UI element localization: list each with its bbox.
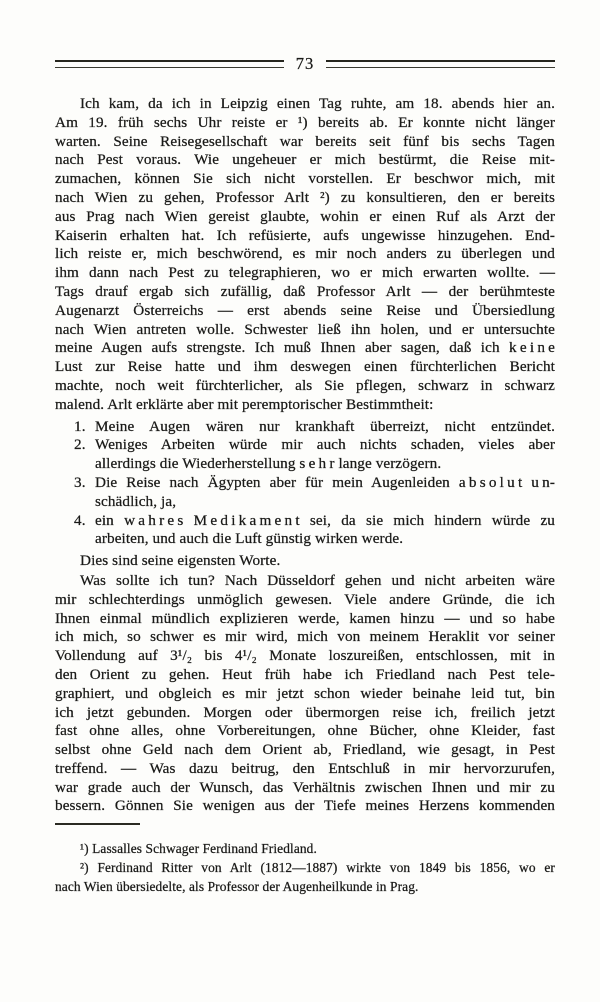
text-line: allerdings die Wiederherstellung s e h r… <box>95 455 555 474</box>
text-line: Lust zur Reise hatte und ihm deswegen ei… <box>55 358 555 377</box>
text-line: Tags drauf ergab sich zufällig, daß Prof… <box>55 283 555 302</box>
footnote: ¹) Lassalles Schwager Ferdinand Friedlan… <box>55 839 555 858</box>
text-line: mir schlechterdings unmöglich gewesen. V… <box>55 591 555 610</box>
text-line: aus Prag nach Wien gereist glaubte, wohi… <box>55 208 555 227</box>
paragraph: Ich kam, da ich in Leipzig einen Tag ruh… <box>55 95 555 415</box>
text-line: Vollendung auf 3¹/₂ bis 4¹/₂ Monate losz… <box>55 647 555 666</box>
text-line: ¹) Lassalles Schwager Ferdinand Friedlan… <box>55 839 555 858</box>
text-block: 73 Ich kam, da ich in Leipzig einen Tag … <box>55 0 555 896</box>
text-line: Am 19. früh sechs Uhr reiste er ¹) berei… <box>55 114 555 133</box>
numbered-list: 1.Meine Augen wären nur krankhaft überre… <box>55 418 555 550</box>
text-line: Augenarzt Österreichs — erst abends sein… <box>55 302 555 321</box>
footnotes: ¹) Lassalles Schwager Ferdinand Friedlan… <box>55 839 555 896</box>
text-line: den Orient zu gehen. Heut früh habe ich … <box>55 666 555 685</box>
header-rule-right <box>326 60 555 68</box>
text-line: Weniges Arbeiten würde mir auch nichts s… <box>95 436 555 455</box>
text-line: selbst ohne Geld nach dem Orient ab, Fri… <box>55 741 555 760</box>
text-line: ich mich, so schwer es mir wird, mich vo… <box>55 628 555 647</box>
list-item: 4.ein w a h r e s M e d i k a m e n t se… <box>55 512 555 550</box>
list-item-number: 2. <box>74 436 86 455</box>
text-line: war grade auch der Wunsch, das Verhältni… <box>55 779 555 798</box>
text-line: nach Wien übersiedelte, als Professor de… <box>55 877 555 896</box>
text-line: schädlich, ja, <box>95 493 555 512</box>
paragraph: Dies sind seine eigensten Worte. <box>55 552 555 571</box>
page-body: Ich kam, da ich in Leipzig einen Tag ruh… <box>55 95 555 816</box>
text-line: ich jetzt gebunden. Morgen oder übermorg… <box>55 704 555 723</box>
list-item: 3.Die Reise nach Ägypten aber für mein A… <box>55 474 555 512</box>
text-line: zumachen, können Sie sich nicht vorstell… <box>55 170 555 189</box>
text-line: machte, noch weit fürchterlicher, als Si… <box>55 377 555 396</box>
text-line: Kaiserin erhalten hat. Ich refüsierte, a… <box>55 227 555 246</box>
text-line: Die Reise nach Ägypten aber für mein Aug… <box>95 474 555 493</box>
book-page: 73 Ich kam, da ich in Leipzig einen Tag … <box>0 0 600 1002</box>
text-line: meine Augen aufs strengste. Ich muß Ihne… <box>55 339 555 358</box>
text-line: malend. Arlt erklärte aber mit peremptor… <box>55 396 555 415</box>
text-line: ihm dann nach Pest zu telegraphieren, wo… <box>55 264 555 283</box>
text-line: ein w a h r e s M e d i k a m e n t sei,… <box>95 512 555 531</box>
text-line: graphiert, und obgleich es mir jetzt sch… <box>55 685 555 704</box>
text-line: Dies sind seine eigensten Worte. <box>55 552 555 571</box>
list-item-number: 1. <box>74 418 86 437</box>
page-header: 73 <box>55 54 555 74</box>
page-number: 73 <box>296 54 315 74</box>
text-line: nach Wien zu gehen, Professor Arlt ²) zu… <box>55 189 555 208</box>
footnote: ²) Ferdinand Ritter von Arlt (1812—1887)… <box>55 858 555 896</box>
text-line: arbeiten, und auch die Luft günstig wirk… <box>95 530 555 549</box>
text-line: nach Wien antreten wolle. Schwester ließ… <box>55 321 555 340</box>
header-rule-left <box>55 60 284 68</box>
paragraph: Was sollte ich tun? Nach Düsseldorf gehe… <box>55 572 555 816</box>
text-line: fast ohne alles, ohne Vorbereitungen, oh… <box>55 722 555 741</box>
text-line: Ihnen einmal mündlich explizieren werde,… <box>55 610 555 629</box>
text-line: ²) Ferdinand Ritter von Arlt (1812—1887)… <box>55 858 555 877</box>
text-line: treffend. — Was dazu beitrug, den Entsch… <box>55 760 555 779</box>
list-item-number: 4. <box>74 512 86 531</box>
text-line: Was sollte ich tun? Nach Düsseldorf gehe… <box>55 572 555 591</box>
list-item: 2.Weniges Arbeiten würde mir auch nichts… <box>55 436 555 474</box>
footnote-separator <box>55 823 140 825</box>
text-line: warten. Seine Reisegesellschaft war bere… <box>55 133 555 152</box>
text-line: Meine Augen wären nur krankhaft überreiz… <box>95 418 555 437</box>
text-line: bessern. Gönnen Sie wenigen aus der Tief… <box>55 797 555 816</box>
list-item-number: 3. <box>74 474 86 493</box>
text-line: lich reiste er, mich beschwörend, es mir… <box>55 245 555 264</box>
text-line: Ich kam, da ich in Leipzig einen Tag ruh… <box>55 95 555 114</box>
list-item: 1.Meine Augen wären nur krankhaft überre… <box>55 418 555 437</box>
text-line: nach Pest voraus. Wie ungeheuer er mich … <box>55 151 555 170</box>
